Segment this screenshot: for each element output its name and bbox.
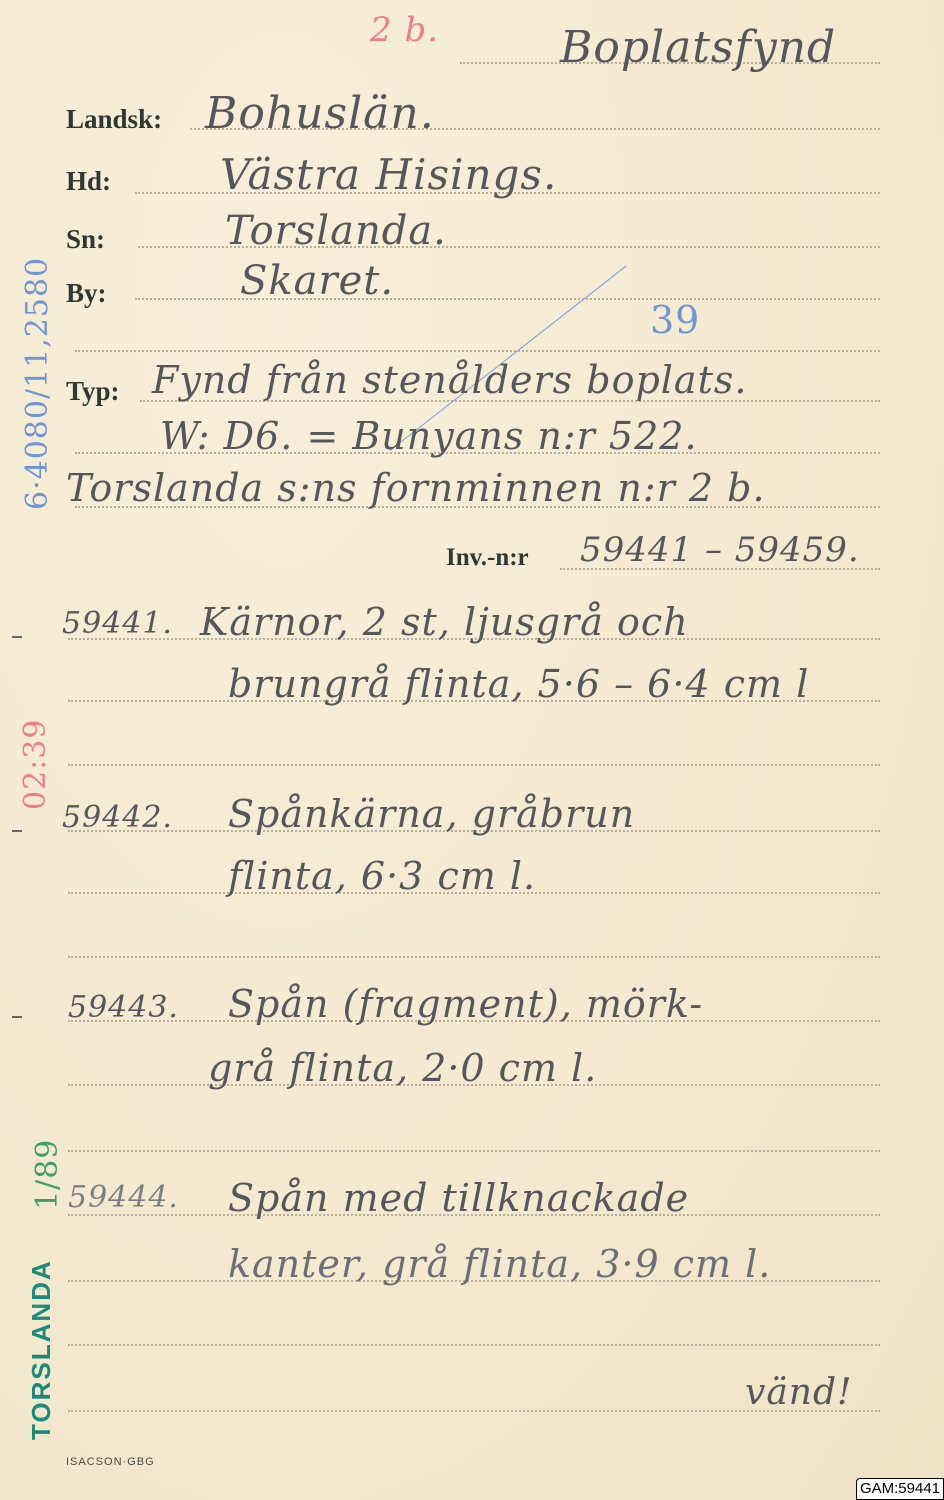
field-value-landsk: Bohuslän.: [205, 88, 435, 139]
item-tick-mark: [12, 830, 22, 832]
type-line-3: Torslanda s:ns fornminnen n:r 2 b.: [66, 466, 766, 510]
field-value-sn: Torslanda.: [225, 208, 447, 254]
blank-dotted-line: [75, 350, 880, 352]
item-description-line2: grå flinta, 2·0 cm l.: [208, 1046, 597, 1090]
field-value-by: Skaret.: [240, 258, 394, 304]
item-description-line1: Kärnor, 2 st, ljusgrå och: [200, 600, 689, 644]
field-label-hd: Hd:: [66, 166, 111, 197]
item-description-line2: brungrå flinta, 5·6 – 6·4 cm l: [228, 662, 809, 706]
field-value-hd: Västra Hisings.: [220, 150, 557, 199]
type-label: Typ:: [66, 376, 120, 407]
inventory-range: 59441 – 59459.: [580, 530, 860, 570]
catalog-id-label: GAM:59441: [856, 1478, 944, 1500]
margin-stamp-torslanda: TORSLANDA: [26, 1259, 57, 1440]
type-line-2: W: D6. = Bunyans n:r 522.: [160, 414, 698, 458]
turn-over-note: vänd!: [745, 1372, 853, 1413]
margin-green-number: 1/89: [30, 1139, 65, 1210]
item-number: 59444.: [68, 1180, 179, 1215]
item-description-line2: kanter, grå flinta, 3·9 cm l.: [228, 1242, 771, 1286]
item-description-line2: flinta, 6·3 cm l.: [228, 854, 536, 898]
field-label-sn: Sn:: [66, 224, 105, 255]
printer-mark: ISACSON·GBG: [66, 1456, 155, 1468]
blue-annotation-39: 39: [650, 298, 700, 342]
field-label-by: By:: [66, 278, 107, 309]
item-tick-mark: [12, 1016, 22, 1018]
item-dotted-line: [68, 956, 880, 958]
inventory-label: Inv.-n:r: [446, 544, 529, 572]
item-description-line1: Spånkärna, gråbrun: [228, 792, 635, 836]
catalog-card: 2 b. Boplatsfynd Landsk: Bohuslän. Hd: V…: [0, 0, 944, 1500]
item-dotted-line: [68, 1150, 880, 1152]
item-number: 59441.: [62, 606, 173, 641]
type-line-1: Fynd från stenålders boplats.: [152, 358, 747, 402]
item-description-line1: Spån (fragment), mörk-: [228, 982, 703, 1026]
category-title: Boplatsfynd: [560, 22, 836, 73]
margin-red-numbers: 02:39: [18, 719, 53, 810]
field-label-landsk: Landsk:: [66, 104, 162, 135]
item-tick-mark: [12, 636, 22, 638]
item-dotted-line: [68, 1344, 880, 1346]
item-description-line1: Spån med tillknackade: [228, 1176, 689, 1220]
item-dotted-line: [68, 764, 880, 766]
red-reference-mark: 2 b.: [370, 10, 439, 50]
margin-blue-numbers: 6·4080/11,2580: [20, 257, 55, 510]
